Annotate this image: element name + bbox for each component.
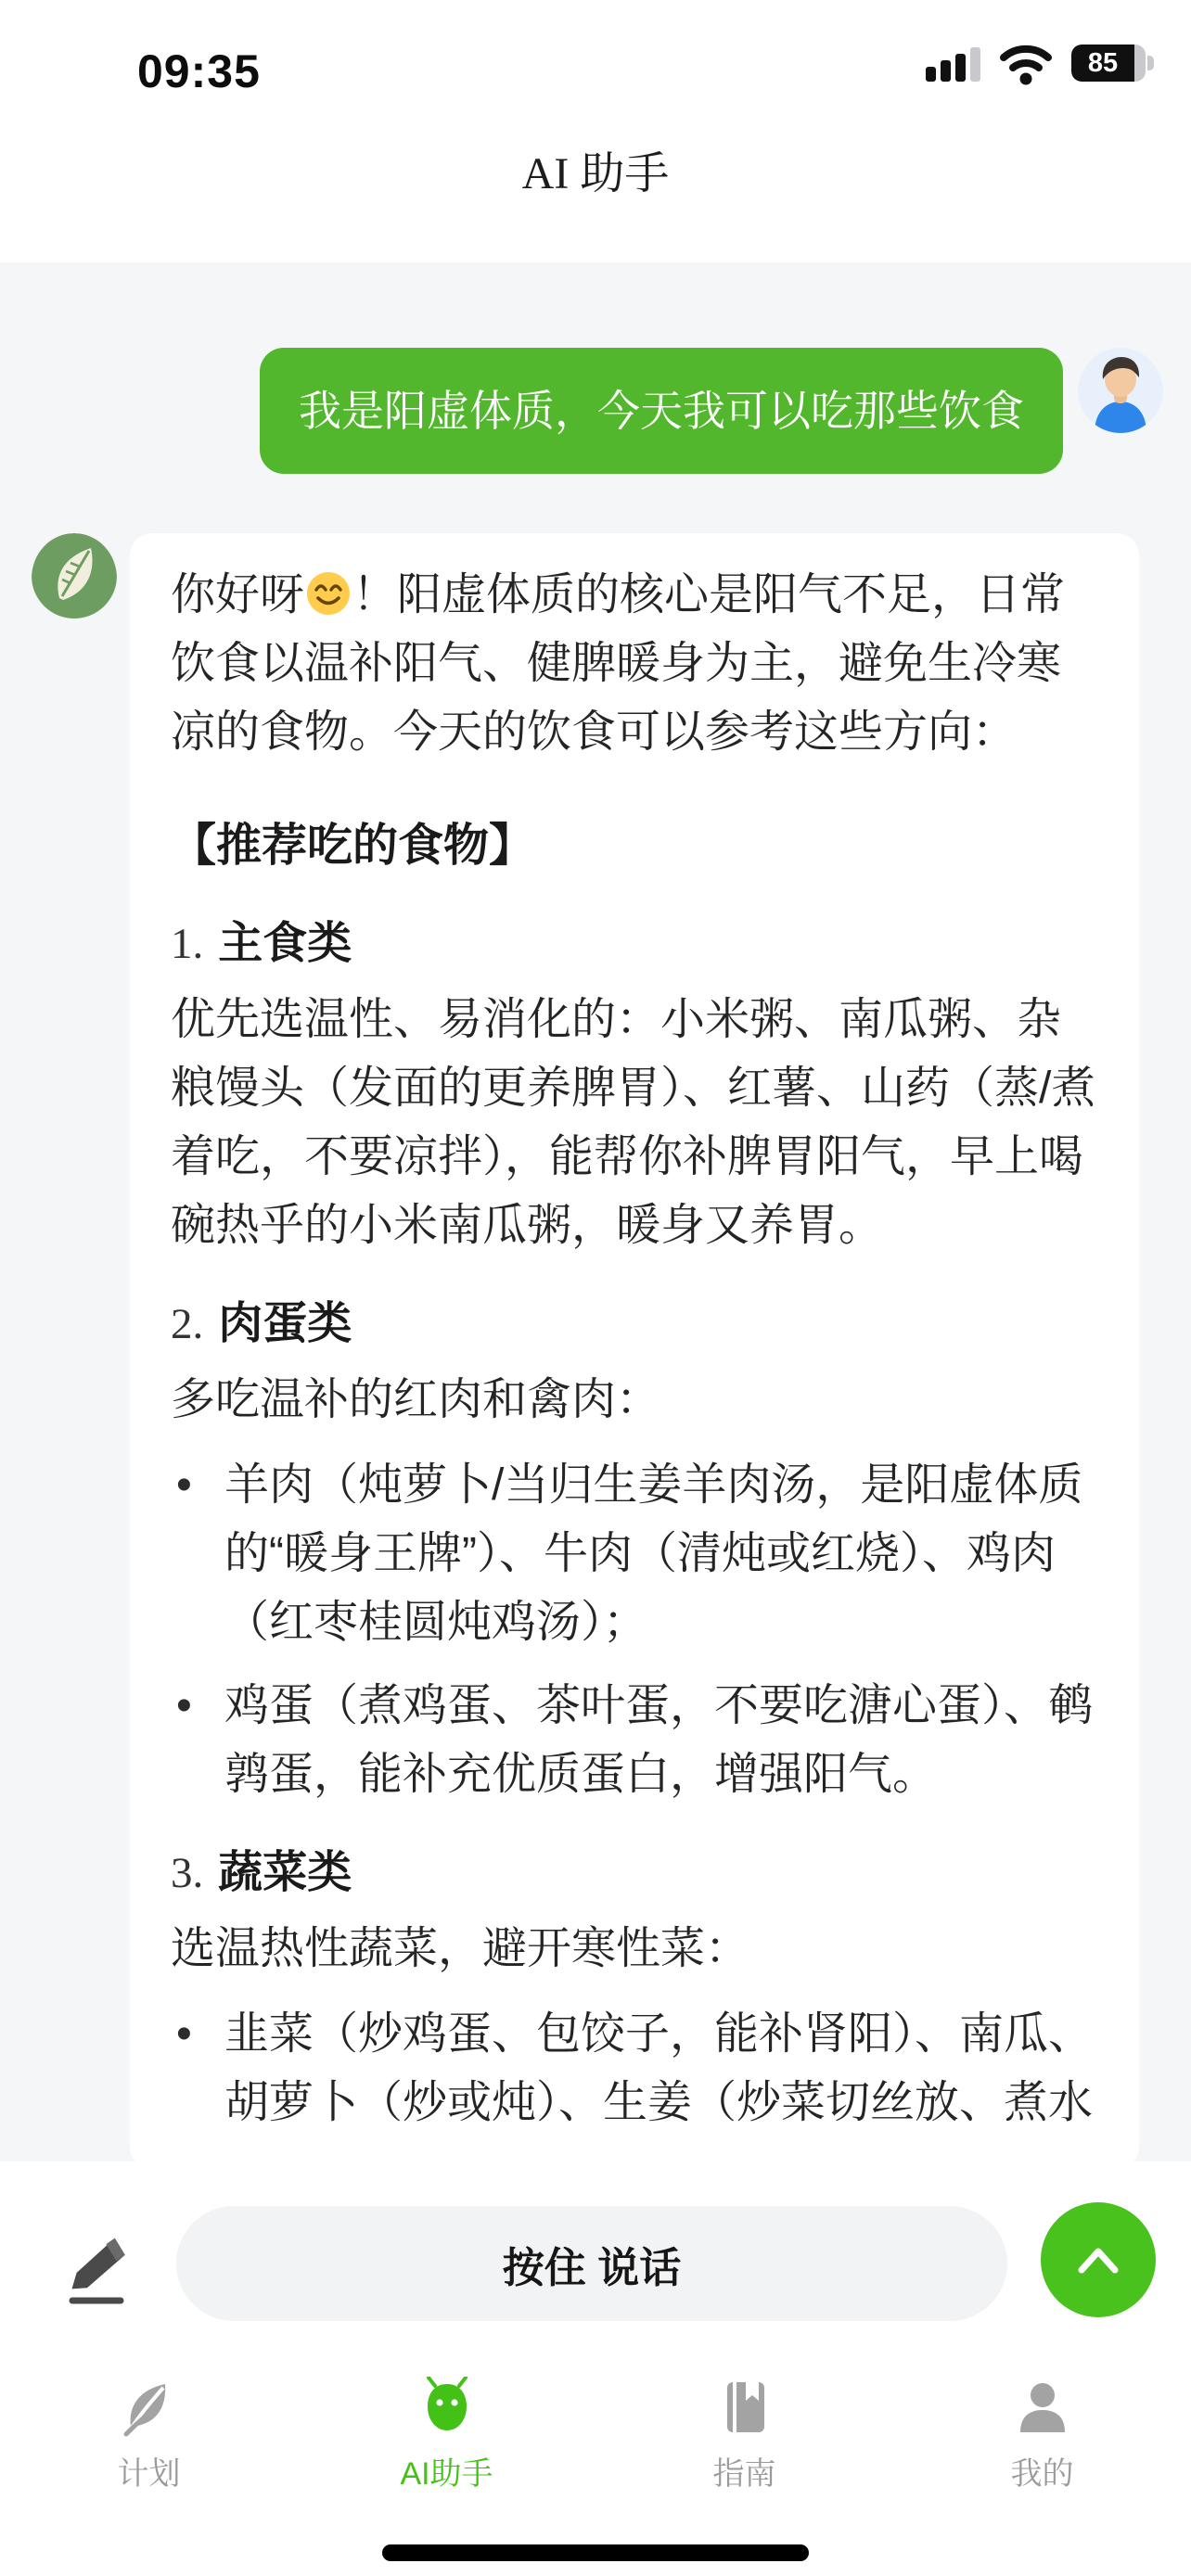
- list-item-title: 蔬菜类: [218, 1848, 352, 1897]
- list-item-number: 1.: [171, 920, 203, 968]
- wifi-icon: [997, 41, 1055, 85]
- phone-screen: 09:35 85 AI 助手 我是阳虚体质，今天我: [0, 0, 1191, 2576]
- user-message-text: 我是阳虚体质，今天我可以吃那些饮食: [299, 387, 1024, 435]
- assistant-intro-paragraph: 你好呀！阳虚体质的核心是阳气不足，日常饮食以温补阳气、健脾暖身为主，避免生冷寒凉…: [171, 561, 1098, 767]
- list-item: 2.肉蛋类 多吃温补的红肉和禽肉： • 羊肉（炖萝卜/当归生姜羊肉汤，是阳虚体质…: [171, 1290, 1098, 1809]
- status-time: 09:35: [137, 45, 261, 98]
- tab-label: 指南: [713, 2448, 776, 2493]
- tab-label: AI助手: [400, 2448, 493, 2493]
- status-icons: 85: [926, 41, 1154, 85]
- tab-plan[interactable]: 计划: [0, 2365, 298, 2576]
- status-bar: 09:35 85: [0, 0, 1191, 121]
- list-item-title-row: 3.蔬菜类: [171, 1839, 1098, 1907]
- bullet-marker: •: [176, 1672, 224, 1809]
- guidebook-icon: [714, 2372, 775, 2442]
- collapse-send-button[interactable]: [1041, 2202, 1156, 2317]
- recommended-foods-heading: 【推荐吃的食物】: [171, 811, 1098, 880]
- bullet-item: • 羊肉（炖萝卜/当归生姜羊肉汤，是阳虚体质的“暖身王牌”）、牛肉（清炖或红烧）…: [176, 1451, 1098, 1657]
- intro-text-after-emoji: ！阳虚体质的核心是阳气不足，日常饮食以温补阳气、健脾暖身为主，避免生冷寒凉的食物…: [171, 570, 1065, 757]
- bullet-marker: •: [176, 2000, 224, 2137]
- cellular-signal-icon: [926, 45, 980, 82]
- bullet-item: • 韭菜（炒鸡蛋、包饺子，能补肾阳）、南瓜、胡萝卜（炒或炖）、生姜（炒菜切丝放、…: [176, 2000, 1098, 2137]
- user-avatar: [1078, 348, 1163, 438]
- bullet-list: • 羊肉（炖萝卜/当归生姜羊肉汤，是阳虚体质的“暖身王牌”）、牛肉（清炖或红烧）…: [171, 1451, 1098, 1809]
- user-message-row: 我是阳虚体质，今天我可以吃那些饮食: [0, 262, 1191, 474]
- list-item-number: 2.: [171, 1300, 203, 1348]
- input-bar: 按住 说话: [0, 2162, 1191, 2365]
- assistant-message-row: 你好呀！阳虚体质的核心是阳气不足，日常饮食以温补阳气、健脾暖身为主，避免生冷寒凉…: [0, 533, 1191, 2162]
- pencil-icon: [54, 2223, 143, 2312]
- list-item-title-row: 2.肉蛋类: [171, 1290, 1098, 1358]
- keyboard-input-toggle-button[interactable]: [54, 2223, 143, 2312]
- list-item-body: 多吃温补的红肉和禽肉：: [171, 1366, 1098, 1435]
- chat-area: 我是阳虚体质，今天我可以吃那些饮食: [0, 262, 1191, 2162]
- tab-label: 计划: [118, 2448, 181, 2493]
- robot-icon: [416, 2372, 478, 2442]
- bullet-item: • 鸡蛋（煮鸡蛋、茶叶蛋，不要吃溏心蛋）、鹌鹑蛋，能补充优质蛋白，增强阳气。: [176, 1672, 1098, 1809]
- page-title: AI 助手: [0, 137, 1191, 201]
- tab-profile[interactable]: 我的: [893, 2365, 1191, 2576]
- battery-icon: 85: [1071, 45, 1154, 82]
- user-avatar-image: [1078, 348, 1163, 433]
- list-item: 1.主食类 优先选温性、易消化的：小米粥、南瓜粥、杂粮馒头（发面的更养脾胃）、红…: [171, 910, 1098, 1260]
- bullet-marker: •: [176, 1451, 224, 1657]
- person-icon: [1012, 2372, 1073, 2442]
- tab-label: 我的: [1011, 2448, 1074, 2493]
- assistant-avatar: [32, 533, 117, 623]
- intro-text-before-emoji: 你好呀: [171, 570, 304, 619]
- list-item-number: 3.: [171, 1849, 203, 1897]
- leaf-icon: [119, 2372, 180, 2442]
- list-item: 3.蔬菜类 选温热性蔬菜，避开寒性菜： • 韭菜（炒鸡蛋、包饺子，能补肾阳）、南…: [171, 1839, 1098, 2137]
- leaf-avatar-icon: [32, 533, 117, 618]
- list-item-body: 选温热性蔬菜，避开寒性菜：: [171, 1915, 1098, 1983]
- home-indicator[interactable]: [382, 2544, 809, 2561]
- bullet-text: 韭菜（炒鸡蛋、包饺子，能补肾阳）、南瓜、胡萝卜（炒或炖）、生姜（炒菜切丝放、煮水: [224, 2000, 1098, 2137]
- smiling-face-emoji: [306, 567, 351, 612]
- battery-percent: 85: [1088, 48, 1118, 79]
- list-item-title-row: 1.主食类: [171, 910, 1098, 978]
- bullet-list: • 韭菜（炒鸡蛋、包饺子，能补肾阳）、南瓜、胡萝卜（炒或炖）、生姜（炒菜切丝放、…: [171, 2000, 1098, 2137]
- list-item-title: 肉蛋类: [218, 1299, 352, 1348]
- header: AI 助手: [0, 121, 1191, 262]
- hold-to-talk-button[interactable]: 按住 说话: [176, 2206, 1007, 2321]
- chevron-up-icon: [1072, 2244, 1124, 2276]
- bullet-text: 鸡蛋（煮鸡蛋、茶叶蛋，不要吃溏心蛋）、鹌鹑蛋，能补充优质蛋白，增强阳气。: [224, 1672, 1098, 1809]
- ai-message-sections: 1.主食类 优先选温性、易消化的：小米粥、南瓜粥、杂粮馒头（发面的更养脾胃）、红…: [171, 910, 1098, 2137]
- list-item-body: 优先选温性、易消化的：小米粥、南瓜粥、杂粮馒头（发面的更养脾胃）、红薯、山药（蒸…: [171, 986, 1098, 1260]
- user-message-bubble: 我是阳虚体质，今天我可以吃那些饮食: [260, 348, 1063, 474]
- assistant-message-bubble: 你好呀！阳虚体质的核心是阳气不足，日常饮食以温补阳气、健脾暖身为主，避免生冷寒凉…: [130, 533, 1139, 2162]
- list-item-title: 主食类: [218, 919, 352, 968]
- bullet-text: 羊肉（炖萝卜/当归生姜羊肉汤，是阳虚体质的“暖身王牌”）、牛肉（清炖或红烧）、鸡…: [224, 1451, 1098, 1657]
